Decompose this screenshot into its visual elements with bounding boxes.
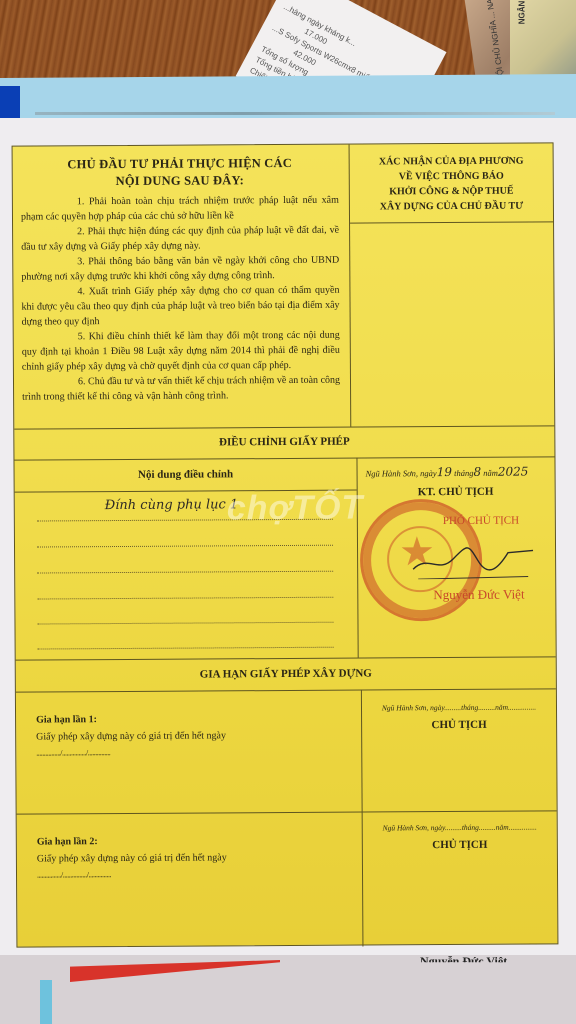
title-line: KHỞI CÔNG & NỘP THUẾ <box>350 183 553 199</box>
banknote: NGÂN <box>510 0 576 75</box>
obligation-item: 2. Phải thực hiện đúng các quy định của … <box>21 223 339 255</box>
extension-entry-1: Gia hạn lần 1: Giấy phép xây dựng này có… <box>36 713 356 758</box>
title-line: XÂY DỰNG CỦA CHỦ ĐẦU TƯ <box>350 198 553 214</box>
extension-date-line: Ngũ Hành Sơn, ngày.........tháng........… <box>362 702 556 712</box>
banknote-text: HỘI CHỦ NGHĨA ... NAM <box>484 0 505 82</box>
divider <box>350 221 553 223</box>
extension-label: Gia hạn lần 2: <box>37 835 357 848</box>
blank-line <box>37 545 333 548</box>
folder-print-line <box>35 112 555 115</box>
extension-text: Giấy phép xây dựng này có giá trị đến hế… <box>37 852 357 865</box>
extension-date-field[interactable]: ................/................/......… <box>36 747 356 758</box>
date-month-label: tháng <box>454 468 473 478</box>
signer-title: PHÓ CHỦ TỊCH <box>443 515 519 527</box>
construction-permit-back-page: CHỦ ĐẦU TƯ PHẢI THỰC HIỆN CÁC NỘI DUNG S… <box>12 142 559 947</box>
date-month: 8 <box>473 465 481 479</box>
underlying-paper <box>0 955 576 1024</box>
extension-date-line: Ngũ Hành Sơn, ngày.........tháng........… <box>363 822 557 832</box>
obligation-item: 1. Phải hoàn toàn chịu trách nhiệm trước… <box>21 193 339 225</box>
obligations-title-line: NỘI DUNG SAU ĐÂY: <box>21 172 339 191</box>
extension-entry-2: Gia hạn lần 2: Giấy phép xây dựng này có… <box>37 835 357 880</box>
adjustment-signature-block: Ngũ Hành Sơn, ngày19 tháng8 năm2025 KT. … <box>357 456 555 657</box>
obligation-text: 6. Chủ đầu tư và tư vấn thiết kế chịu tr… <box>22 375 340 403</box>
divider <box>16 656 556 660</box>
extension-signature-1: Ngũ Hành Sơn, ngày.........tháng........… <box>362 688 556 733</box>
blank-line <box>37 622 333 625</box>
local-confirmation-section: XÁC NHẬN CỦA ĐỊA PHƯƠNG VỀ VIỆC THÔNG BÁ… <box>350 143 555 426</box>
obligation-text: 1. Phải hoàn toàn chịu trách nhiệm trước… <box>21 195 339 223</box>
adjustment-content-header: Nội dung điều chỉnh <box>15 467 357 484</box>
obligation-item: 6. Chủ đầu tư và tư vấn thiết kế chịu tr… <box>22 373 340 405</box>
date-year-label: năm <box>483 468 498 478</box>
date-prefix: Ngũ Hành Sơn, ngày <box>366 468 437 478</box>
obligations-section: CHỦ ĐẦU TƯ PHẢI THỰC HIỆN CÁC NỘI DUNG S… <box>21 155 341 405</box>
date-year: 2025 <box>498 465 529 479</box>
adjustment-date-line: Ngũ Hành Sơn, ngày19 tháng8 năm2025 <box>366 465 529 480</box>
blank-line <box>38 647 334 650</box>
blue-folder-corner <box>0 86 20 118</box>
obligation-item: 4. Xuất trình Giấy phép xây dựng cho cơ … <box>21 283 339 330</box>
extension-date-field[interactable]: ................/................/......… <box>37 869 357 880</box>
blue-folder <box>0 74 576 124</box>
obligations-title: CHỦ ĐẦU TƯ PHẢI THỰC HIỆN CÁC NỘI DUNG S… <box>21 155 339 191</box>
extension-signer: CHỦ TỊCH <box>362 717 556 733</box>
handwritten-adjustment-content: Đính cùng phụ lục 1 <box>105 497 239 513</box>
extension-signer: CHỦ TỊCH <box>363 837 557 853</box>
extension-text: Giấy phép xây dựng này có giá trị đến hế… <box>36 730 356 743</box>
signer-on-behalf: KT. CHỦ TỊCH <box>418 485 494 500</box>
obligations-title-line: CHỦ ĐẦU TƯ PHẢI THỰC HIỆN CÁC <box>21 155 339 174</box>
extension-label: Gia hạn lần 1: <box>36 713 356 726</box>
blank-line <box>37 571 333 574</box>
signature-icon <box>408 538 538 579</box>
date-day: 19 <box>437 465 452 479</box>
extension-signature-2: Ngũ Hành Sơn, ngày.........tháng........… <box>363 810 557 853</box>
obligation-text: 2. Phải thực hiện đúng các quy định của … <box>21 225 339 253</box>
obligation-item: 3. Phải thông báo bằng văn bản về ngày k… <box>21 253 339 285</box>
signer-name: Nguyễn Đức Việt <box>433 587 524 604</box>
chotot-watermark: chợTỐT <box>227 489 364 529</box>
banknote-text: NGÂN <box>517 1 526 25</box>
title-line: XÁC NHẬN CỦA ĐỊA PHƯƠNG <box>350 153 553 169</box>
obligation-text: 3. Phải thông báo bằng văn bản về ngày k… <box>21 255 339 283</box>
title-line: VỀ VIỆC THÔNG BÁO <box>350 168 553 184</box>
obligation-item: 5. Khi điều chỉnh thiết kế làm thay đổi … <box>22 328 340 375</box>
blue-edge <box>40 980 52 1024</box>
extension-section-title: GIA HẠN GIẤY PHÉP XÂY DỰNG <box>16 665 556 683</box>
blank-line <box>37 597 333 600</box>
local-confirmation-title: XÁC NHẬN CỦA ĐỊA PHƯƠNG VỀ VIỆC THÔNG BÁ… <box>350 143 553 214</box>
obligation-text: 5. Khi điều chỉnh thiết kế làm thay đổi … <box>22 330 340 373</box>
obligation-text: 4. Xuất trình Giấy phép xây dựng cho cơ … <box>22 285 340 328</box>
adjustment-section-title: ĐIỀU CHỈNH GIẤY PHÉP <box>14 433 554 451</box>
divider <box>14 425 554 429</box>
